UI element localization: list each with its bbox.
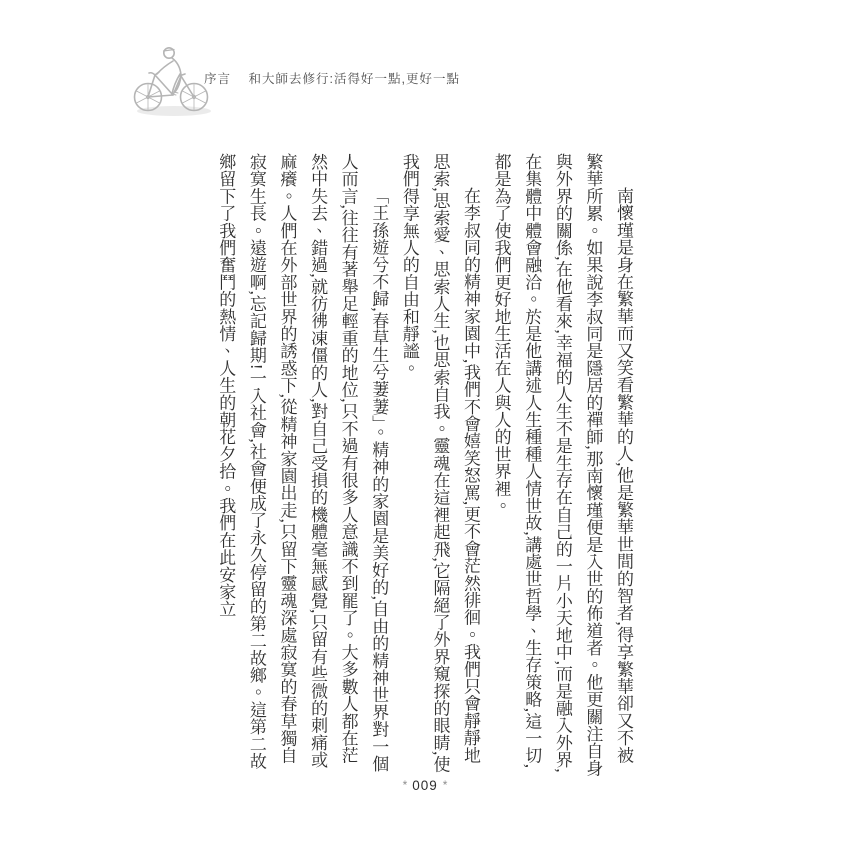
page-number: 009 xyxy=(412,778,438,793)
chapter-title: 和大師去修行:活得好一點,更好一點 xyxy=(249,72,460,86)
running-header: 序言 和大師去修行:活得好一點,更好一點 xyxy=(204,69,460,87)
paragraph-3: 「王孫遊兮不歸,春草生兮萋萋」。精神的家園是美好的,自由的精神世界對一個人而言,… xyxy=(210,153,394,780)
book-page: 序言 和大師去修行:活得好一點,更好一點 南懷瑾是身在繁華而又笑看繁華的人,他是… xyxy=(0,0,850,850)
bicycle-rider-illustration-icon xyxy=(128,42,216,118)
paragraph-2: 在李叔同的精神家園中,我們不會嬉笑怒罵,更不會茫然徘徊。我們只會靜靜地思索,思索… xyxy=(393,153,485,780)
section-label: 序言 xyxy=(204,72,231,86)
page-footer: *009* xyxy=(0,778,850,793)
body-text: 南懷瑾是身在繁華而又笑看繁華的人,他是繁華世間的智者,得享繁華卻又不被繁華所累。… xyxy=(210,153,638,780)
ornament-right-icon: * xyxy=(443,778,448,792)
ornament-left-icon: * xyxy=(403,778,408,792)
paragraph-1: 南懷瑾是身在繁華而又笑看繁華的人,他是繁華世間的智者,得享繁華卻又不被繁華所累。… xyxy=(485,153,638,780)
